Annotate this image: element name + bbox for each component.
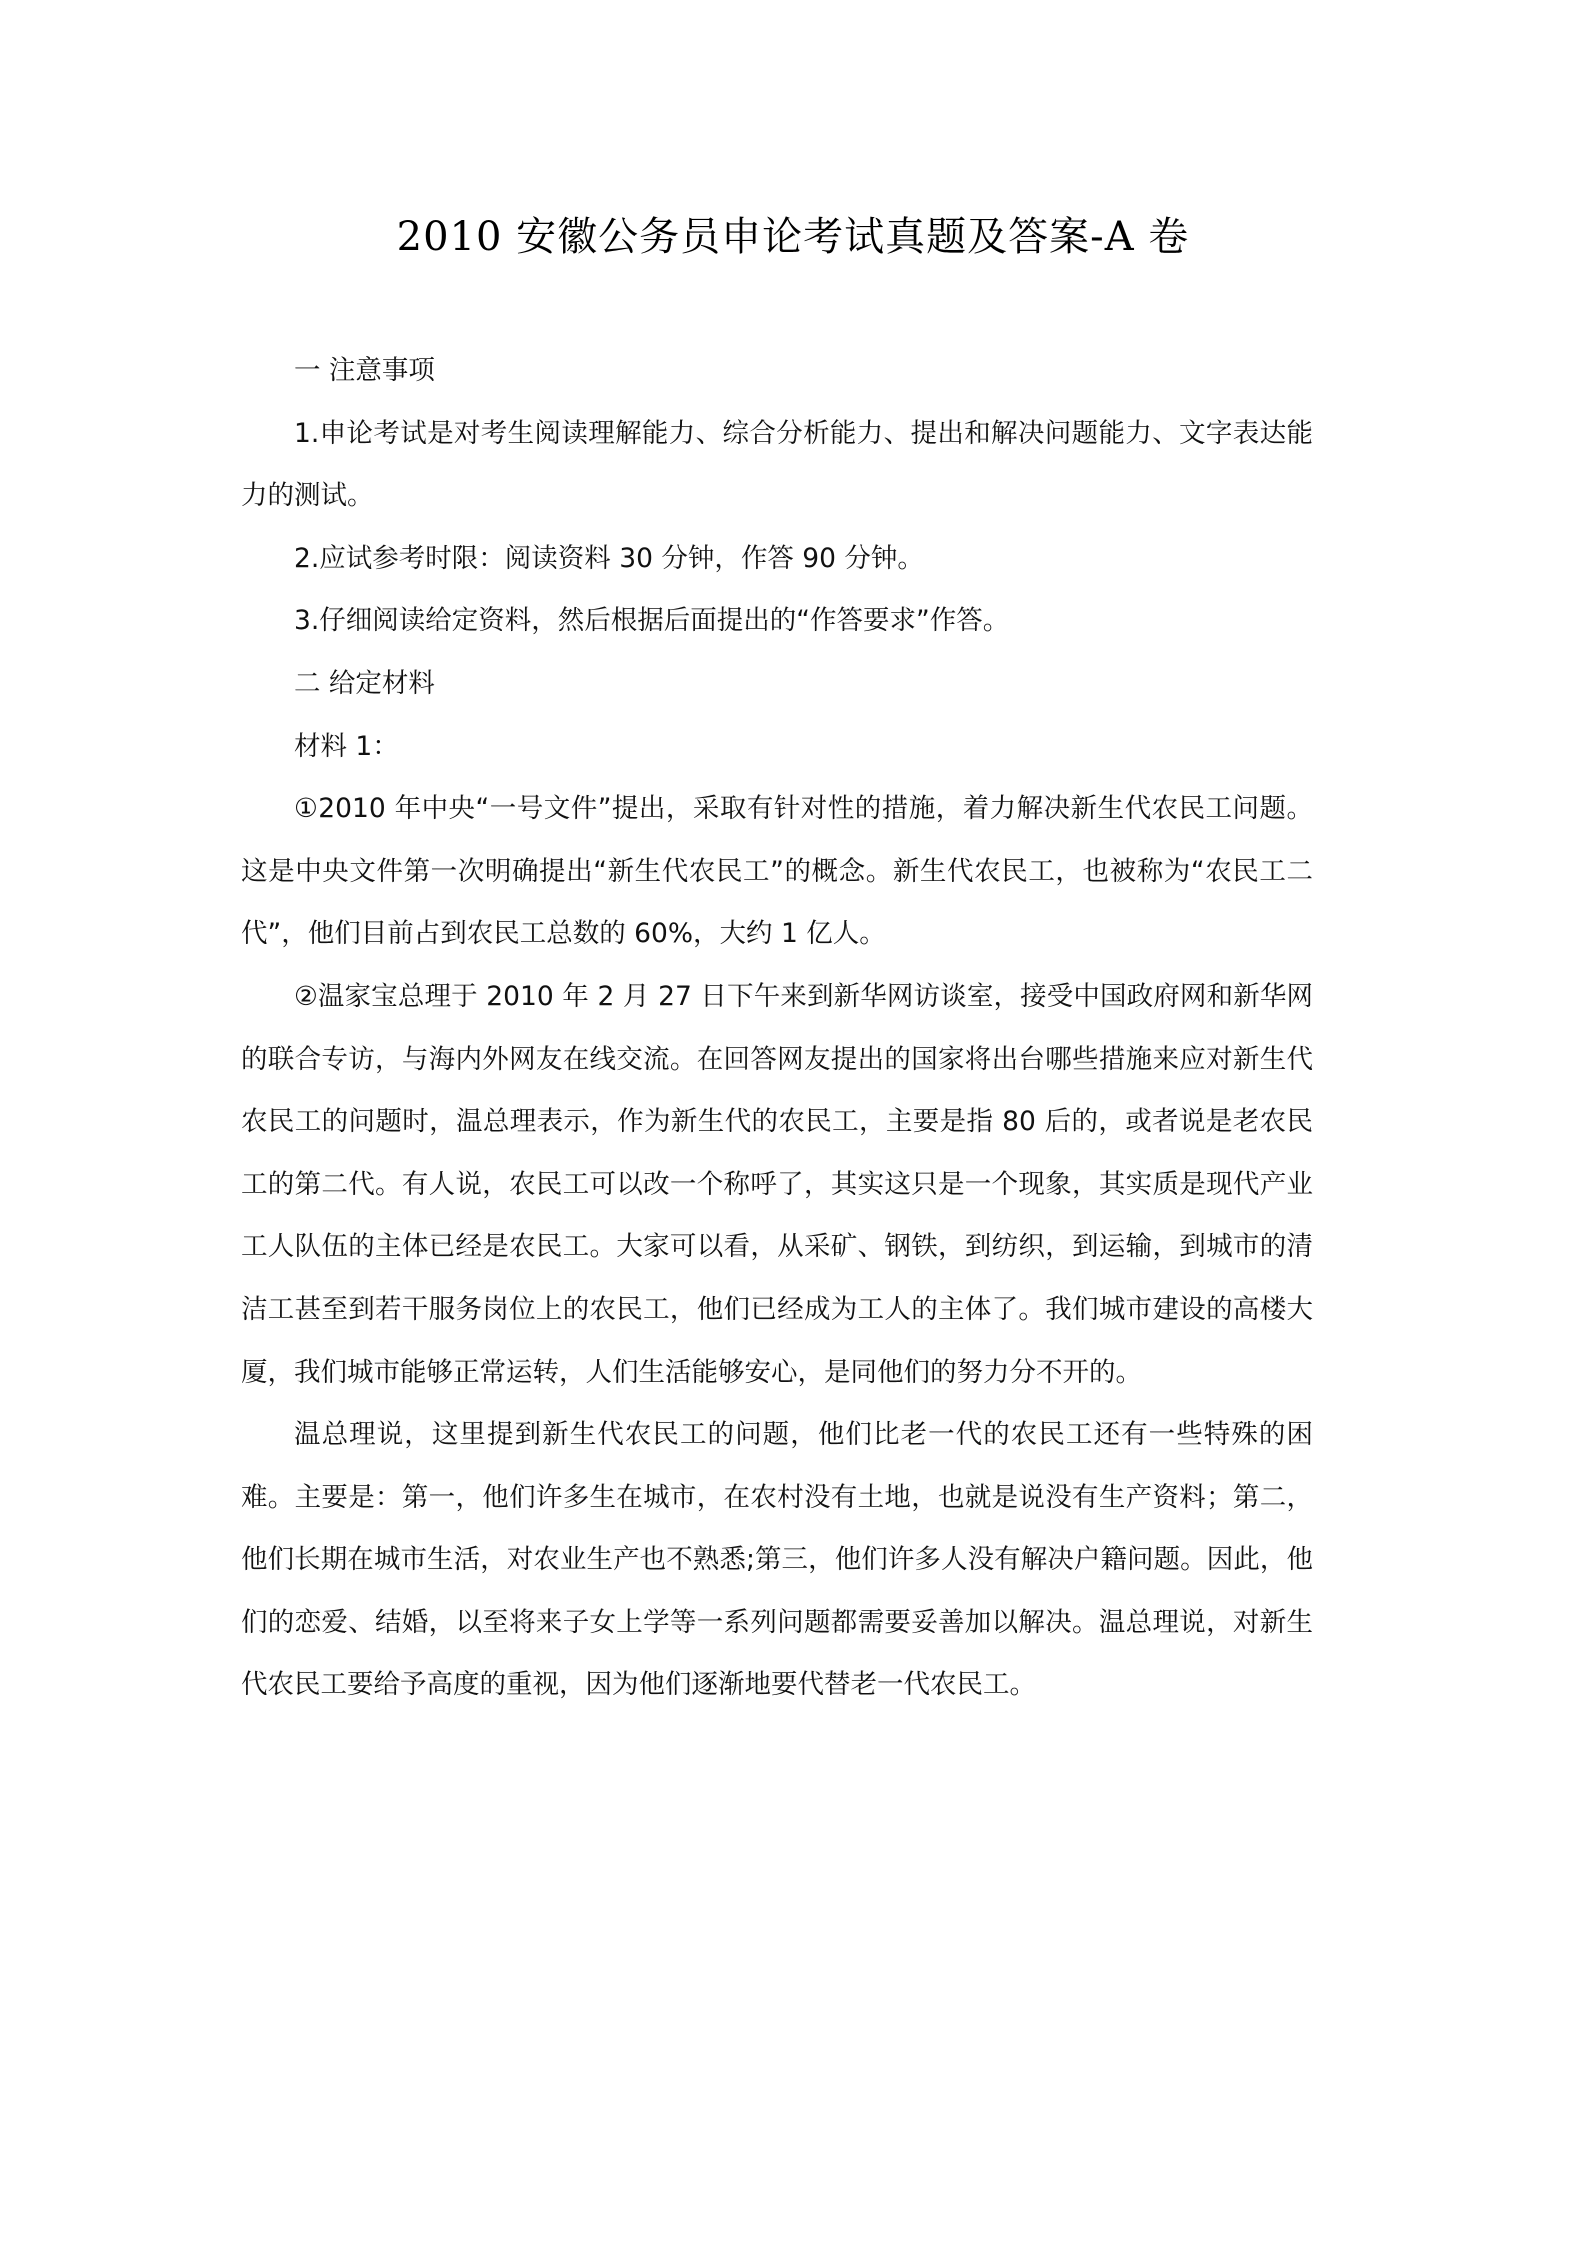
- material-paragraph-3: 温总理说，这里提到新生代农民工的问题，他们比老一代的农民工还有一些特殊的困难。主…: [241, 1404, 1313, 1717]
- material-label: 材料 1：: [241, 716, 1313, 779]
- section-heading-notes: 一 注意事项: [241, 340, 1313, 403]
- document-page: 2010 安徽公务员申论考试真题及答案-A 卷 一 注意事项 1.申论考试是对考…: [0, 0, 1586, 2242]
- document-body: 一 注意事项 1.申论考试是对考生阅读理解能力、综合分析能力、提出和解决问题能力…: [241, 340, 1313, 1717]
- material-paragraph-2: ②温家宝总理于 2010 年 2 月 27 日下午来到新华网访谈室，接受中国政府…: [241, 966, 1313, 1404]
- section-heading-materials: 二 给定材料: [241, 653, 1313, 716]
- note-item-1: 1.申论考试是对考生阅读理解能力、综合分析能力、提出和解决问题能力、文字表达能力…: [241, 403, 1313, 528]
- note-item-2: 2.应试参考时限：阅读资料 30 分钟，作答 90 分钟。: [241, 528, 1313, 591]
- document-title: 2010 安徽公务员申论考试真题及答案-A 卷: [0, 205, 1586, 262]
- material-paragraph-1: ①2010 年中央“一号文件”提出，采取有针对性的措施，着力解决新生代农民工问题…: [241, 778, 1313, 966]
- note-item-3: 3.仔细阅读给定资料，然后根据后面提出的“作答要求”作答。: [241, 590, 1313, 653]
